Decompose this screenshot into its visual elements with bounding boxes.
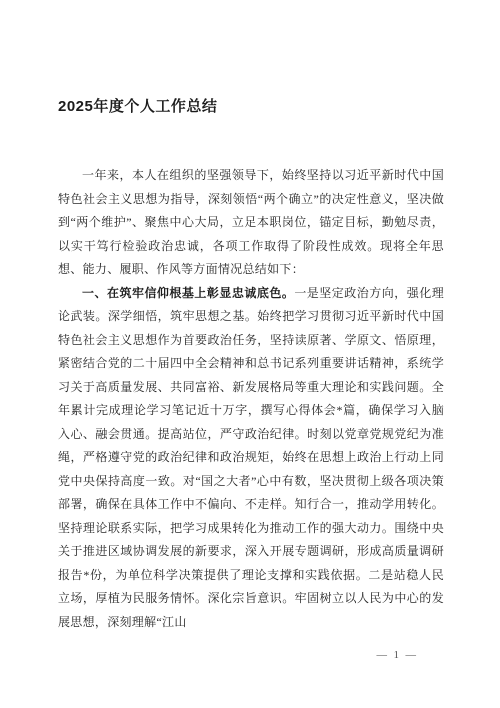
paragraph-section-1: 一、在筑牢信仰根基上彰显忠诚底色。一是坚定政治方向，强化理论武装。深学细悟，筑牢… — [58, 282, 444, 635]
document-title: 2025年度个人工作总结 — [58, 98, 444, 116]
section-1-text: 一是坚定政治方向，强化理论武装。深学细悟，筑牢思想之基。始终把学习贯彻习近平新时… — [58, 286, 444, 629]
page-number: — 1 — — [377, 649, 419, 663]
document-page: 2025年度个人工作总结 一年来，本人在组织的坚强领导下，始终坚持以习近平新时代… — [0, 0, 500, 708]
section-1-heading: 一、在筑牢信仰根基上彰显忠诚底色。 — [82, 286, 294, 300]
paragraph-intro: 一年来，本人在组织的坚强领导下，始终坚持以习近平新时代中国特色社会主义思想为指导… — [58, 164, 444, 282]
paragraph-intro-text: 一年来，本人在组织的坚强领导下，始终坚持以习近平新时代中国特色社会主义思想为指导… — [58, 168, 444, 276]
document-content: 2025年度个人工作总结 一年来，本人在组织的坚强领导下，始终坚持以习近平新时代… — [58, 98, 444, 634]
